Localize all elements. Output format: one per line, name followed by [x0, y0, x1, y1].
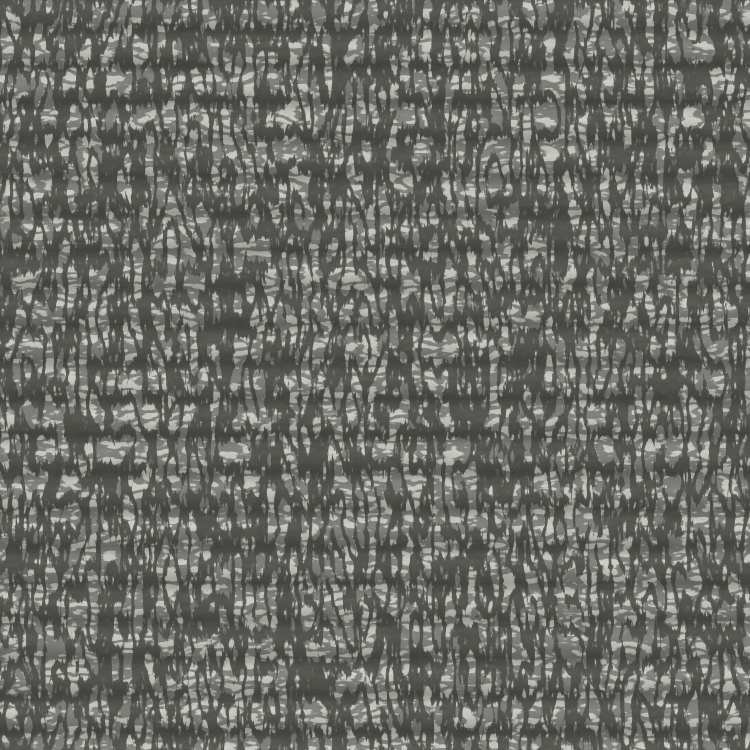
textured-surface: [0, 0, 750, 750]
dark-fiber-scratches: [0, 0, 750, 750]
